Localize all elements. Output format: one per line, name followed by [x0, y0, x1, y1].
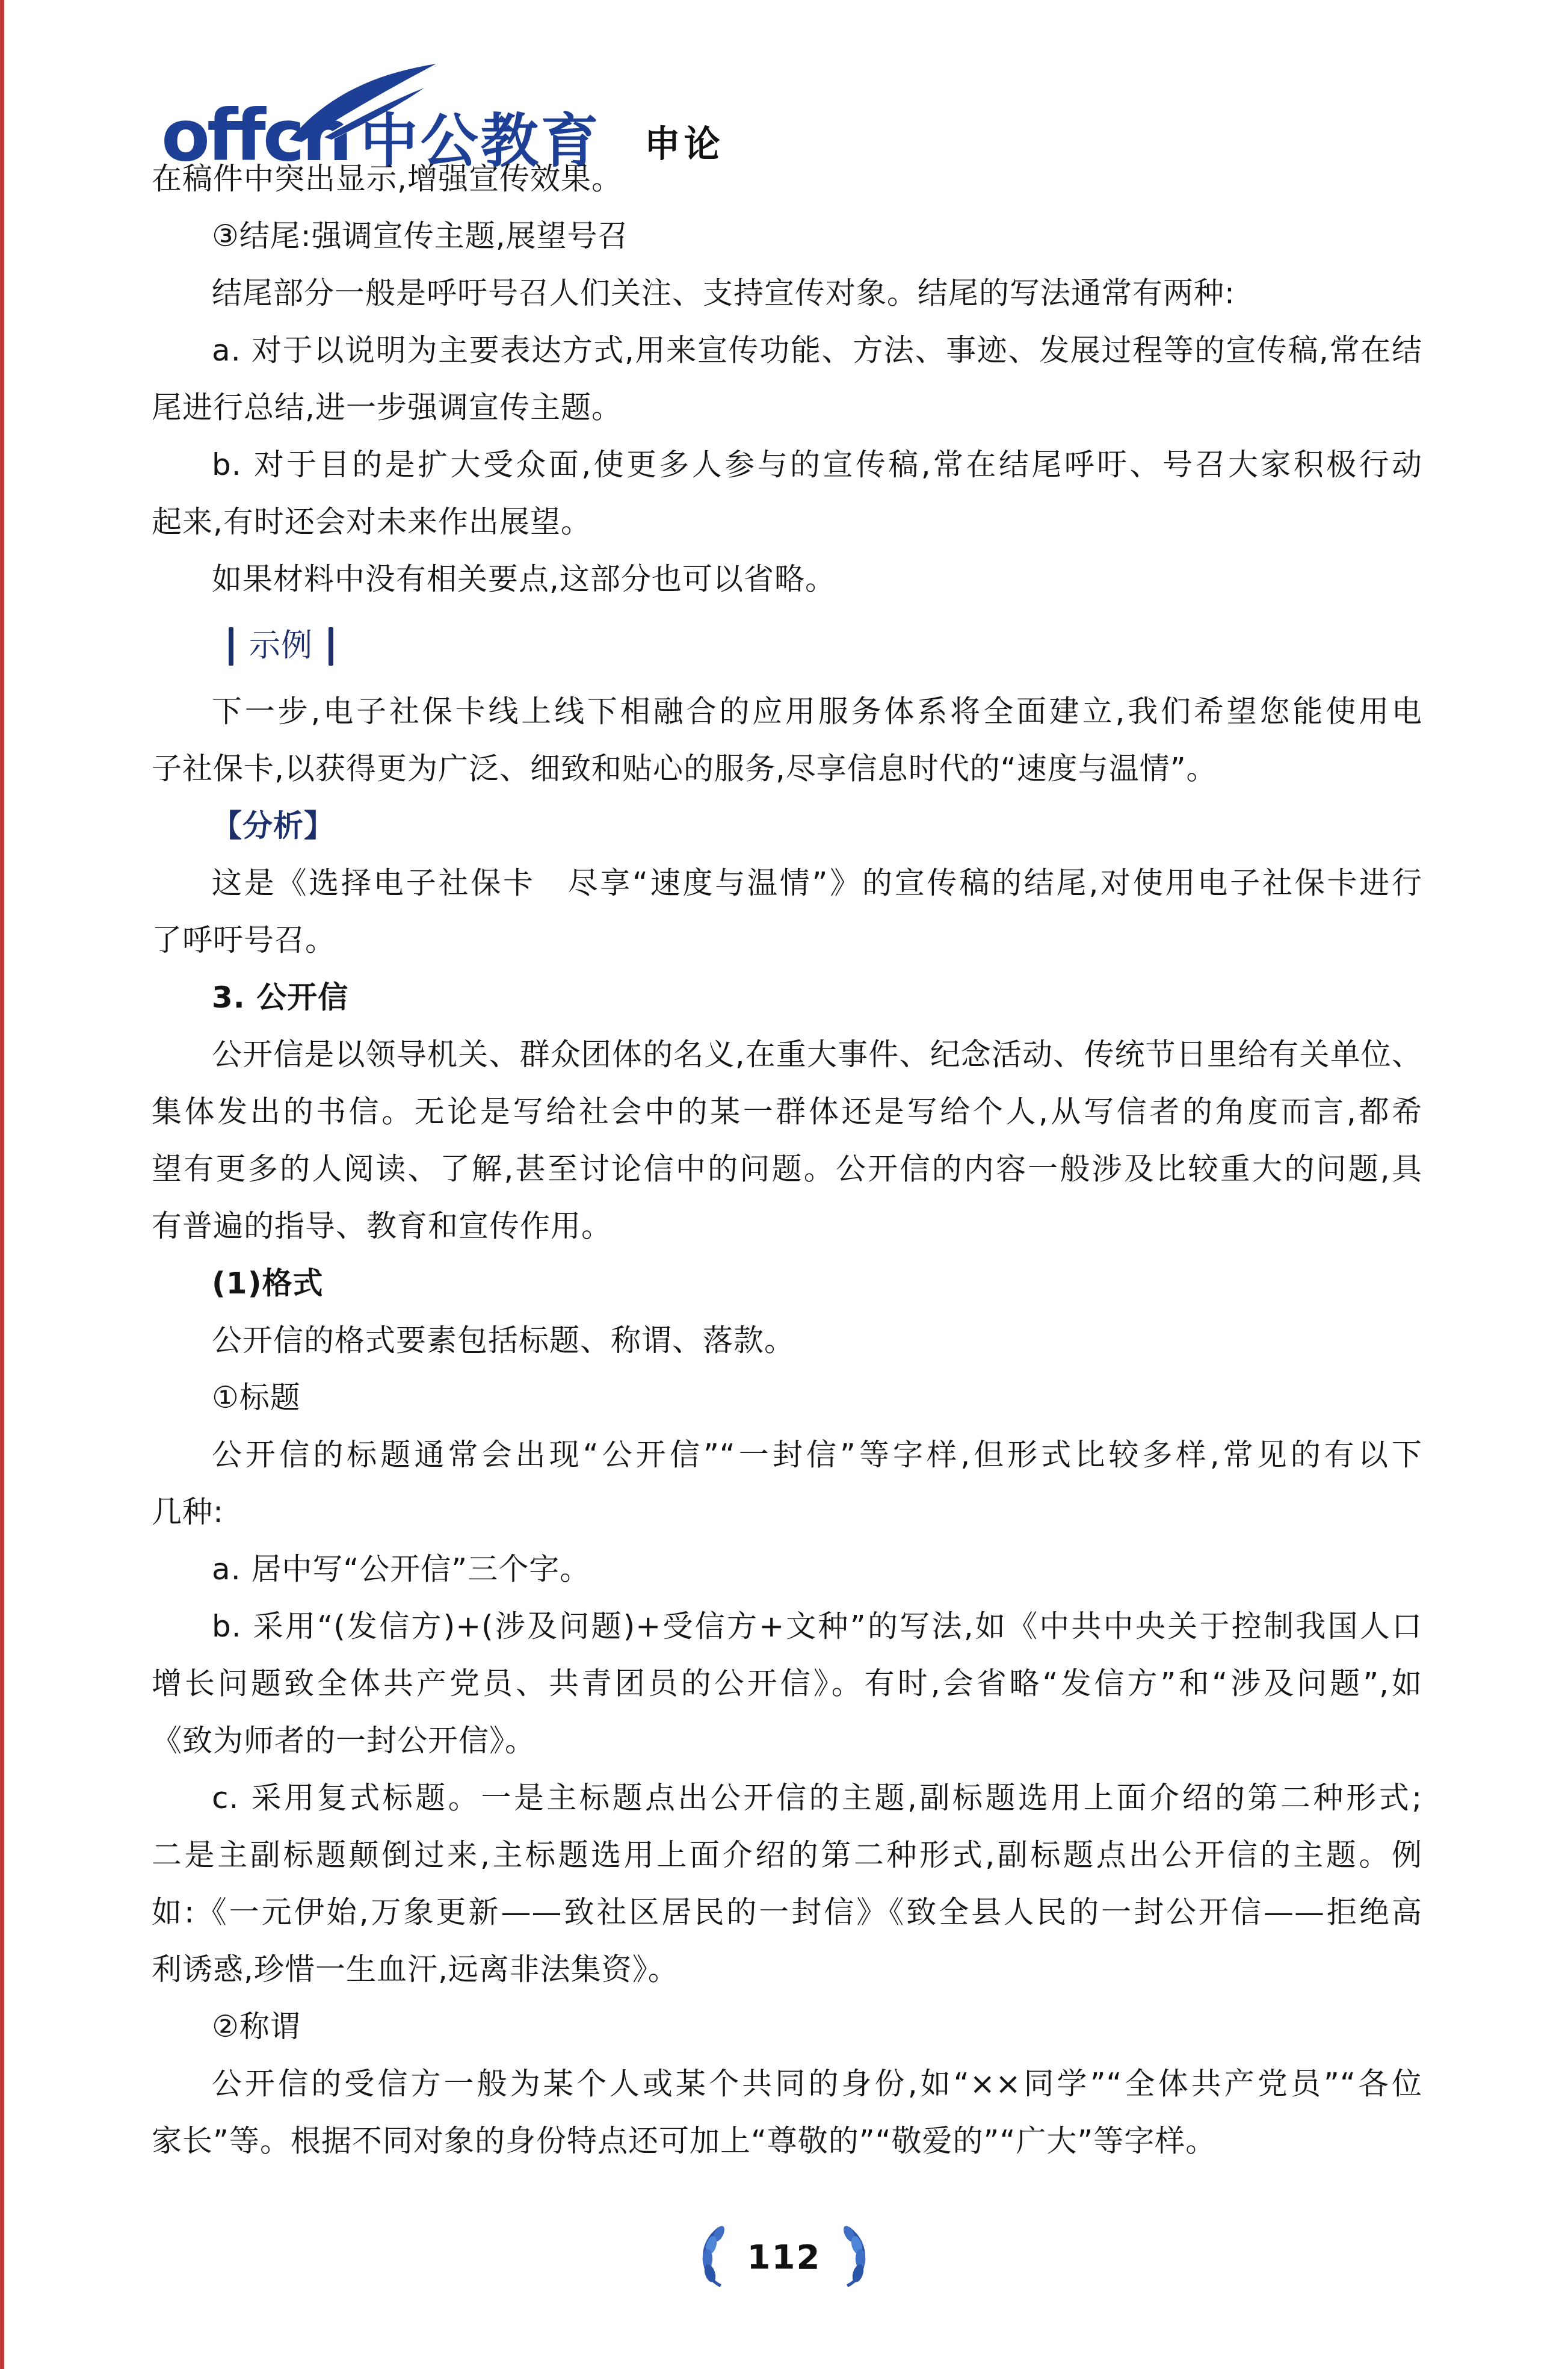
text-line: 望有更多的人阅读、了解,甚至讨论信中的问题。公开信的内容一般涉及比较重大的问题,…: [152, 1141, 1422, 1198]
text-line: 结尾部分一般是呼吁号召人们关注、支持宣传对象。结尾的写法通常有两种:: [152, 265, 1422, 322]
text-line: 利诱惑,珍惜一生血汗,远离非法集资》。: [152, 1941, 1422, 1998]
analysis-label-line: 【分析】: [152, 797, 1422, 855]
book-page: offcn 中公教育 申论 在稿件中突出显示,增强宣传效果。 ③结尾:强调宣传主…: [0, 0, 1568, 2369]
laurel-left-icon: [690, 2226, 729, 2288]
format-heading: (1)格式: [152, 1255, 1422, 1312]
text-line: 公开信的受信方一般为某个人或某个共同的身份,如“××同学”“全体共产党员”“各位: [152, 2055, 1422, 2113]
text-line: 增长问题致全体共产党员、共青团员的公开信》。有时,会省略“发信方”和“涉及问题”…: [152, 1655, 1422, 1712]
scan-edge-artifact: [0, 0, 4, 2369]
example-bar-left-icon: [229, 627, 233, 666]
text-line: 尾进行总结,进一步强调宣传主题。: [152, 379, 1422, 436]
page-number: 112: [747, 2238, 821, 2277]
page-footer: 112: [0, 2226, 1568, 2288]
page-body-text: 在稿件中突出显示,增强宣传效果。 ③结尾:强调宣传主题,展望号召 结尾部分一般是…: [152, 150, 1422, 2170]
section-3-heading: 3. 公开信: [152, 969, 1422, 1026]
text-line: 如果材料中没有相关要点,这部分也可以省略。: [152, 551, 1422, 608]
text-line: 起来,有时还会对未来作出展望。: [152, 494, 1422, 551]
text-line: 二是主副标题颠倒过来,主标题选用上面介绍的第二种形式,副标题点出公开信的主题。例: [152, 1827, 1422, 1884]
text-line: 公开信的标题通常会出现“公开信”“一封信”等字样,但形式比较多样,常见的有以下: [152, 1426, 1422, 1484]
laurel-right-icon: [839, 2226, 878, 2288]
text-line: 家长”等。根据不同对象的身份特点还可加上“尊敬的”“敬爱的”“广大”等字样。: [152, 2113, 1422, 2170]
text-line: c. 采用复式标题。一是主标题点出公开信的主题,副标题选用上面介绍的第二种形式;: [152, 1770, 1422, 1827]
text-line: 几种:: [152, 1484, 1422, 1541]
salutation-item-heading: ②称谓: [152, 1998, 1422, 2055]
title-item-heading: ①标题: [152, 1369, 1422, 1426]
example-label: 示例: [249, 618, 313, 675]
text-line: 子社保卡,以获得更为广泛、细致和贴心的服务,尽享信息时代的“速度与温情”。: [152, 740, 1422, 797]
text-line: 公开信的格式要素包括标题、称谓、落款。: [152, 1312, 1422, 1369]
text-line: 有普遍的指导、教育和宣传作用。: [152, 1198, 1422, 1255]
text-line: 下一步,电子社保卡线上线下相融合的应用服务体系将全面建立,我们希望您能使用电: [152, 683, 1422, 740]
example-label-line: 示例: [152, 618, 1422, 675]
text-line: 在稿件中突出显示,增强宣传效果。: [152, 150, 1422, 208]
text-line: b. 对于目的是扩大受众面,使更多人参与的宣传稿,常在结尾呼吁、号召大家积极行动: [152, 436, 1422, 494]
text-line: a. 居中写“公开信”三个字。: [152, 1541, 1422, 1598]
ending-heading: ③结尾:强调宣传主题,展望号召: [152, 208, 1422, 265]
text-line: b. 采用“(发信方)+(涉及问题)+受信方+文种”的写法,如《中共中央关于控制…: [152, 1598, 1422, 1655]
text-line: 如:《一元伊始,万象更新——致社区居民的一封信》《致全县人民的一封公开信——拒绝…: [152, 1884, 1422, 1941]
text-line: 这是《选择电子社保卡 尽享“速度与温情”》的宣传稿的结尾,对使用电子社保卡进行: [152, 855, 1422, 912]
text-line: a. 对于以说明为主要表达方式,用来宣传功能、方法、事迹、发展过程等的宣传稿,常…: [152, 322, 1422, 379]
example-bar-right-icon: [329, 627, 333, 666]
text-line: 《致为师者的一封公开信》。: [152, 1712, 1422, 1770]
text-line: 了呼吁号召。: [152, 912, 1422, 969]
text-line: 集体发出的书信。无论是写给社会中的某一群体还是写给个人,从写信者的角度而言,都希: [152, 1083, 1422, 1141]
text-line: 公开信是以领导机关、群众团体的名义,在重大事件、纪念活动、传统节日里给有关单位、: [152, 1026, 1422, 1083]
